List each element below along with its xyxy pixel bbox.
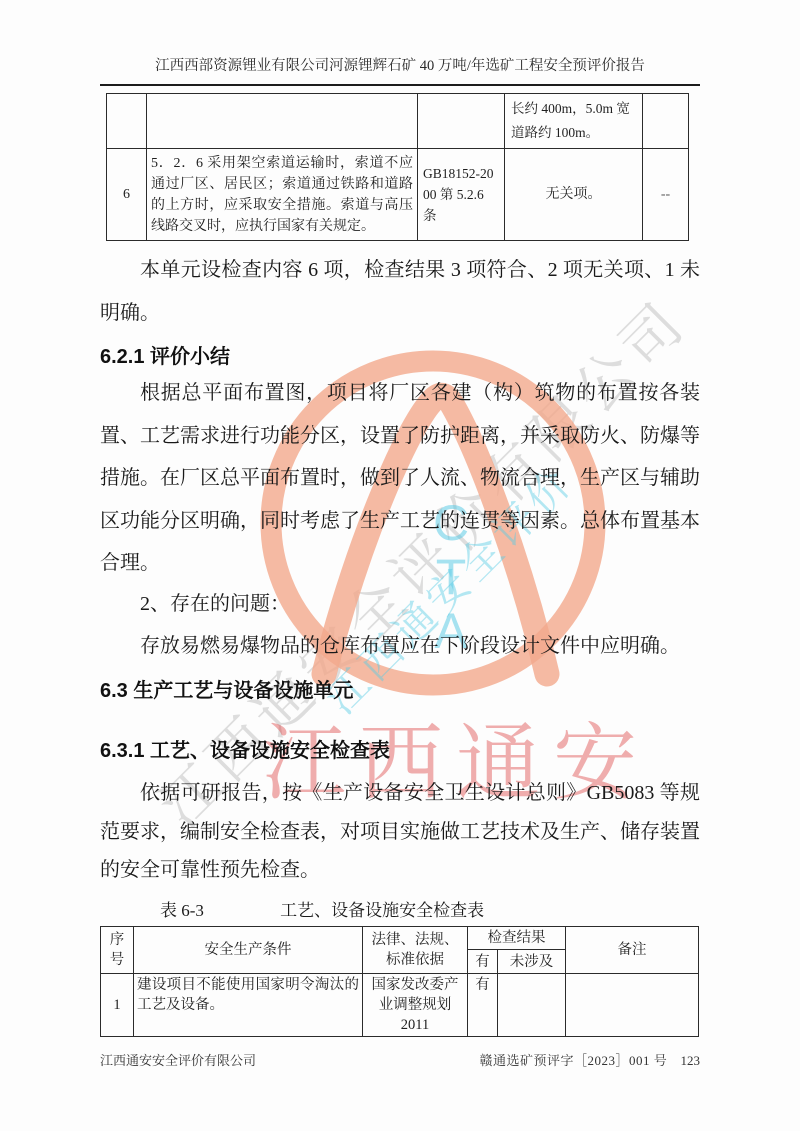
- cell-basis: [418, 94, 505, 149]
- cell-no: [107, 94, 147, 149]
- cell-condition: [147, 94, 418, 149]
- section-heading-621: 6.2.1 评价小结: [100, 340, 230, 369]
- cell-no: 6: [107, 149, 147, 241]
- header-no: 序号: [101, 927, 134, 974]
- footer-company: 江西通安安全评价有限公司: [100, 1050, 256, 1069]
- footer-doc-number: 赣通选矿预评字［2023］001 号: [479, 1053, 667, 1068]
- layout-paragraph: 根据总平面布置图，项目将厂区各建（构）筑物的布置按各装置、工艺需求进行功能分区，…: [100, 372, 700, 585]
- footer-page-number: 123: [681, 1053, 701, 1068]
- section-heading-63: 6.3 生产工艺与设备设施单元: [100, 674, 353, 703]
- issues-text: 存放易燃易爆物品的仓库布置应在下阶段设计文件中应明确。: [100, 625, 700, 668]
- table-row: 长约 400m，5.0m 宽道路约 100m。: [107, 94, 689, 149]
- safety-check-table: 序号 安全生产条件 法律、法规、标准依据 检查结果 备注 有 未涉及 1 建设项…: [100, 926, 699, 1037]
- header-result: 检查结果: [468, 927, 566, 950]
- page-footer: 江西通安安全评价有限公司 赣通选矿预评字［2023］001 号 123: [100, 1050, 700, 1069]
- cell-condition: 5．2．6 采用架空索道运输时，索道不应通过厂区、居民区；索道通过铁路和道路的上…: [147, 149, 418, 241]
- header-rule: [100, 84, 700, 86]
- table-caption: 表 6-3 工艺、设备设施安全检查表: [100, 896, 700, 921]
- cell-remark: --: [643, 149, 689, 241]
- table-row: 6 5．2．6 采用架空索道运输时，索道不应通过厂区、居民区；索道通过铁路和道路…: [107, 149, 689, 241]
- footer-right: 赣通选矿预评字［2023］001 号 123: [479, 1050, 700, 1069]
- summary-paragraph: 本单元设检查内容 6 项，检查结果 3 项符合、2 项无关项、1 未明确。: [100, 249, 700, 334]
- table-caption-label: 表 6-3: [160, 901, 204, 920]
- cell-no: 1: [101, 974, 134, 1037]
- header-basis: 法律、法规、标准依据: [363, 927, 468, 974]
- cell-basis: 国家发改委产业调整规划 2011: [363, 974, 468, 1037]
- table-caption-title: 工艺、设备设施安全检查表: [280, 901, 484, 920]
- basis-paragraph: 依据可研报告，按《生产设备安全卫生设计总则》GB5083 等规范要求，编制安全检…: [100, 774, 700, 890]
- table-row: 1 建设项目不能使用国家明令淘汰的工艺及设备。 国家发改委产业调整规划 2011…: [101, 974, 699, 1037]
- table-header-row: 序号 安全生产条件 法律、法规、标准依据 检查结果 备注: [101, 927, 699, 950]
- checklist-table-continued: 长约 400m，5.0m 宽道路约 100m。 6 5．2．6 采用架空索道运输…: [106, 93, 689, 241]
- cell-remark: [643, 94, 689, 149]
- cell-condition: 建设项目不能使用国家明令淘汰的工艺及设备。: [134, 974, 363, 1037]
- header-yes: 有: [468, 950, 498, 974]
- issues-label: 2、存在的问题：: [100, 583, 700, 626]
- cell-remark: [566, 974, 699, 1037]
- cell-result: 无关项。: [505, 149, 643, 241]
- document-page: 江西通安全评价有限公司 江西通安全评价 CTA 江西通安 江西西部资源锂业有限公…: [0, 0, 800, 1131]
- header-not-involved: 未涉及: [498, 950, 566, 974]
- cell-not-involved: [498, 974, 566, 1037]
- section-heading-631: 6.3.1 工艺、设备设施安全检查表: [100, 734, 390, 763]
- header-condition: 安全生产条件: [134, 927, 363, 974]
- cell-yes: 有: [468, 974, 498, 1037]
- cell-result: 长约 400m，5.0m 宽道路约 100m。: [505, 94, 643, 149]
- page-header-title: 江西西部资源锂业有限公司河源锂辉石矿 40 万吨/年选矿工程安全预评价报告: [0, 54, 800, 75]
- header-remark: 备注: [566, 927, 699, 974]
- cell-basis: GB18152-2000 第 5.2.6 条: [418, 149, 505, 241]
